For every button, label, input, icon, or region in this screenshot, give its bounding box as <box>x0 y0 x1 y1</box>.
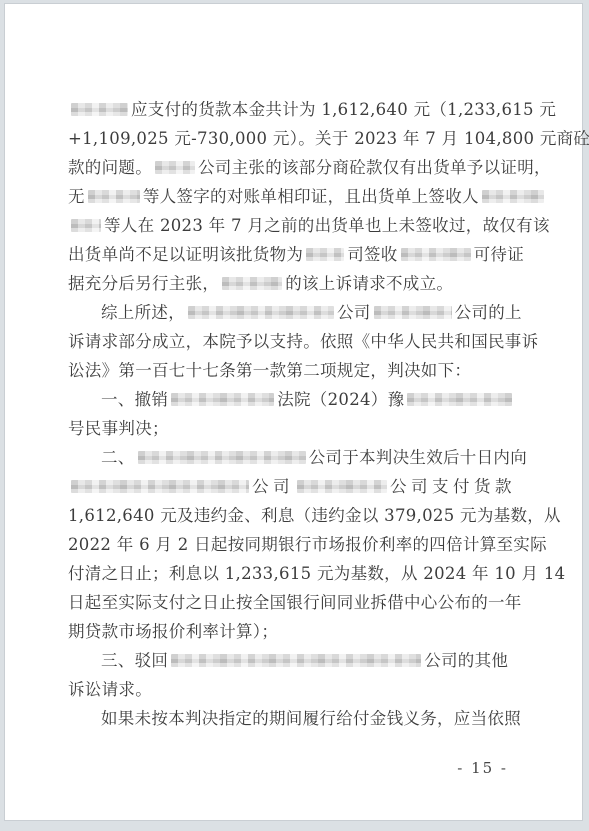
redaction-block <box>401 248 471 261</box>
document-page: 应支付的货款本金共计为 1,612,640 元（1,233,615 元+1,10… <box>4 3 583 821</box>
text-segment: 无 <box>68 187 85 206</box>
redaction-block <box>171 654 421 667</box>
text-segment: 公司于本判决生效后十日内向 <box>309 448 527 467</box>
text-line: 公司公司支付货款 <box>68 472 523 501</box>
text-segment: 2022 年 6 月 2 日起按同期银行市场报价利率的四倍计算至实际 <box>68 535 547 554</box>
redaction-block <box>88 190 140 203</box>
text-line: 无等人签字的对账单相印证，且出货单上签收人 <box>68 182 523 211</box>
text-line: 2022 年 6 月 2 日起按同期银行市场报价利率的四倍计算至实际 <box>68 530 523 559</box>
redaction-block <box>71 219 101 232</box>
text-line: 出货单尚不足以证明该批货物为司签收可待证 <box>68 240 523 269</box>
text-line: 二、公司于本判决生效后十日内向 <box>68 443 523 472</box>
document-body: 应支付的货款本金共计为 1,612,640 元（1,233,615 元+1,10… <box>68 95 523 733</box>
text-segment: 公司 <box>252 477 294 496</box>
text-segment: 等人签字的对账单相印证，且出货单上签收人 <box>143 187 479 206</box>
text-line: 诉讼请求。 <box>68 675 523 704</box>
text-line: 诉请求部分成立，本院予以支持。依照《中华人民共和国民事诉 <box>68 327 523 356</box>
text-segment: 公司 <box>337 303 371 322</box>
text-line: 付清之日止；利息以 1,233,615 元为基数，从 2024 年 10 月 1… <box>68 559 523 588</box>
text-line: 等人在 2023 年 7 月之前的出货单也上未签收过，故仅有该 <box>68 211 523 240</box>
redaction-block <box>155 161 195 174</box>
text-segment: 付清之日止；利息以 1,233,615 元为基数，从 2024 年 10 月 1… <box>68 564 565 583</box>
redaction-block <box>171 393 274 406</box>
text-segment: 款的问题。 <box>68 158 152 177</box>
text-segment: 期贷款市场报价利率计算）； <box>68 622 278 641</box>
text-line: 如果未按本判决指定的期间履行给付金钱义务，应当依照 <box>68 704 523 733</box>
text-segment: 公司的上 <box>455 303 522 322</box>
text-line: 讼法》第一百七十七条第一款第二项规定，判决如下： <box>68 356 523 385</box>
redaction-block <box>71 103 128 116</box>
redaction-block <box>407 393 512 406</box>
redaction-block <box>138 451 306 464</box>
text-line: 号民事判决； <box>68 414 523 443</box>
text-segment: 综上所述， <box>101 303 185 322</box>
page-number: - 15 - <box>457 759 508 777</box>
text-segment: 可待证 <box>474 245 524 264</box>
redaction-block <box>188 306 334 319</box>
text-segment: 应支付的货款本金共计为 1,612,640 元（1,233,615 元 <box>131 100 556 119</box>
text-segment: 日起至实际支付之日止按全国银行间同业拆借中心公布的一年 <box>68 593 522 612</box>
text-line: 应支付的货款本金共计为 1,612,640 元（1,233,615 元 <box>68 95 523 124</box>
text-segment: 号民事判决； <box>68 419 169 438</box>
text-segment: +1,109,025 元-730,000 元）。关于 2023 年 7 月 10… <box>68 129 589 148</box>
text-line: 综上所述，公司公司的上 <box>68 298 523 327</box>
text-line: 三、驳回公司的其他 <box>68 646 523 675</box>
text-segment: 诉请求部分成立，本院予以支持。依照《中华人民共和国民事诉 <box>68 332 538 351</box>
text-segment: 法院（2024）豫 <box>277 390 404 409</box>
text-segment: 的该上诉请求不成立。 <box>285 274 453 293</box>
text-segment: 讼法》第一百七十七条第一款第二项规定，判决如下： <box>68 361 471 380</box>
text-segment: 公司支付货款 <box>390 477 516 496</box>
redaction-block <box>297 480 387 493</box>
text-segment: 如果未按本判决指定的期间履行给付金钱义务，应当依照 <box>101 709 521 728</box>
text-line: 期贷款市场报价利率计算）； <box>68 617 523 646</box>
text-segment: 据充分后另行主张， <box>68 274 219 293</box>
document-canvas: 应支付的货款本金共计为 1,612,640 元（1,233,615 元+1,10… <box>0 0 589 831</box>
text-segment: 司签收 <box>347 245 397 264</box>
text-segment: 1,612,640 元及违约金、利息（违约金以 379,025 元为基数，从 <box>68 506 561 525</box>
text-segment: 二、 <box>101 448 135 467</box>
text-segment: 三、驳回 <box>101 651 168 670</box>
text-segment: 诉讼请求。 <box>68 680 152 699</box>
text-segment: 出货单尚不足以证明该批货物为 <box>68 245 303 264</box>
text-segment: 一、撤销 <box>101 390 168 409</box>
text-line: +1,109,025 元-730,000 元）。关于 2023 年 7 月 10… <box>68 124 523 153</box>
redaction-block <box>306 248 344 261</box>
text-line: 一、撤销法院（2024）豫 <box>68 385 523 414</box>
redaction-block <box>71 480 249 493</box>
text-segment: 公司的其他 <box>424 651 508 670</box>
text-line: 日起至实际支付之日止按全国银行间同业拆借中心公布的一年 <box>68 588 523 617</box>
text-line: 1,612,640 元及违约金、利息（违约金以 379,025 元为基数，从 <box>68 501 523 530</box>
text-line: 款的问题。公司主张的该部分商砼款仅有出货单予以证明， <box>68 153 523 182</box>
redaction-block <box>222 277 282 290</box>
text-segment: 等人在 2023 年 7 月之前的出货单也上未签收过，故仅有该 <box>104 216 550 235</box>
redaction-block <box>374 306 452 319</box>
text-line: 据充分后另行主张，的该上诉请求不成立。 <box>68 269 523 298</box>
redaction-block <box>482 190 544 203</box>
text-segment: 公司主张的该部分商砼款仅有出货单予以证明， <box>198 158 551 177</box>
